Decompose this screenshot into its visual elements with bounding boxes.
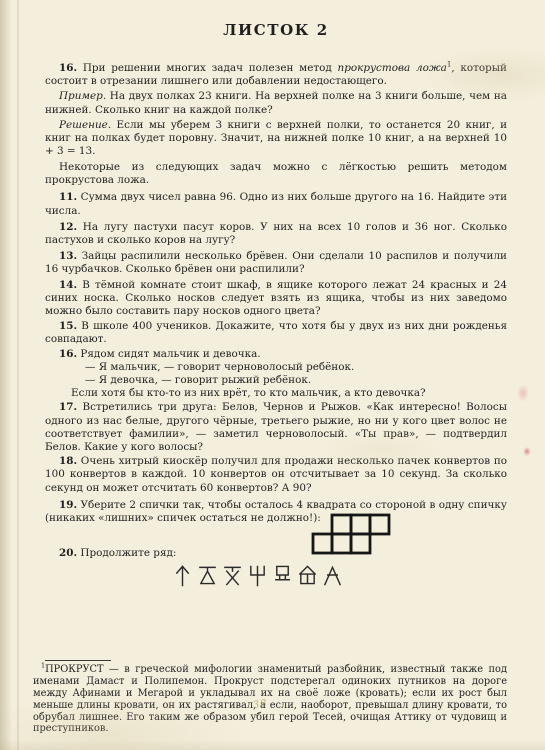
problem-number: 18. xyxy=(59,455,77,467)
problem-number: 11. xyxy=(59,191,77,203)
page-content: ЛИСТОК 2 16. При решении многих задач по… xyxy=(0,0,545,735)
problem-18: 18. Очень хитрый киоскёр получил для про… xyxy=(45,455,507,495)
problem-19: 19. Уберите 2 спички так, чтобы осталось… xyxy=(45,499,507,525)
note-paragraph: Некоторые из следующих задач можно с лёг… xyxy=(45,161,507,187)
problem-number: 13. xyxy=(59,250,77,262)
problem-11: 11. Сумма двух чисел равна 96. Одно из н… xyxy=(45,191,507,217)
problem-number: 12. xyxy=(59,221,77,233)
pink-smudge-artifact xyxy=(517,384,529,402)
example-label: Пример. xyxy=(59,90,106,102)
problem-number: 17. xyxy=(59,401,77,413)
problem-17: 17. Встретились три друга: Белов, Чернов… xyxy=(45,401,507,454)
footnote-term: ПРОКРУСТ xyxy=(45,664,103,675)
dialogue-line-2: — Я девочка, — говорит рыжий ребёнок. xyxy=(45,374,507,387)
series-symbol-7-icon xyxy=(322,562,343,588)
problem-number: 16. xyxy=(59,62,77,74)
example-paragraph: Пример. На двух полках 23 книги. На верх… xyxy=(45,90,507,116)
problem-number: 15. xyxy=(59,320,77,332)
symbol-series-figure xyxy=(172,562,507,588)
problem-14: 14. В тёмной комнате стоит шкаф, в ящике… xyxy=(45,279,507,319)
scanned-worksheet-page: ЛИСТОК 2 16. При решении многих задач по… xyxy=(0,0,545,750)
problem-16-question: Если хотя бы кто-то из них врёт, то кто … xyxy=(45,387,507,400)
solution-label: Решение. xyxy=(59,119,111,131)
red-mark-artifact xyxy=(523,447,531,456)
problem-number: 20. xyxy=(59,547,77,559)
problem-number: 19. xyxy=(59,499,77,511)
dialogue-line-1: — Я мальчик, — говорит черноволосый ребё… xyxy=(45,361,507,374)
series-symbol-6-icon xyxy=(297,562,318,588)
solution-paragraph: Решение. Если мы уберем 3 книги с верхне… xyxy=(45,119,507,159)
method-name-italic: прокрустова ложа xyxy=(338,62,447,74)
series-symbol-3-icon xyxy=(222,562,243,588)
series-symbol-4-icon xyxy=(247,562,268,588)
problem-20: 20. Продолжите ряд: xyxy=(45,547,507,560)
page-title: ЛИСТОК 2 xyxy=(45,22,507,38)
problem-13: 13. Зайцы распилили несколько брёвен. Он… xyxy=(45,250,507,276)
series-symbol-1-icon xyxy=(172,562,193,588)
series-symbol-2-icon xyxy=(197,562,218,588)
problem-12: 12. На лугу пастухи пасут коров. У них н… xyxy=(45,221,507,247)
problem-16: 16. Рядом сидят мальчик и девочка. — Я м… xyxy=(45,348,507,401)
problem-16-lead: 16. Рядом сидят мальчик и девочка. xyxy=(45,348,507,361)
problem-15: 15. В школе 400 учеников. Докажите, что … xyxy=(45,320,507,346)
footnote-separator xyxy=(45,660,111,661)
series-symbol-5-icon xyxy=(272,562,293,588)
problem-number: 16. xyxy=(59,348,77,360)
problem-16-intro: 16. При решении многих задач полезен мет… xyxy=(45,62,507,88)
matchstick-squares-figure xyxy=(297,513,379,557)
footnote-text: 1ПРОКРУСТ — в греческой мифологии знамен… xyxy=(33,664,507,735)
problem-number: 14. xyxy=(59,279,77,291)
